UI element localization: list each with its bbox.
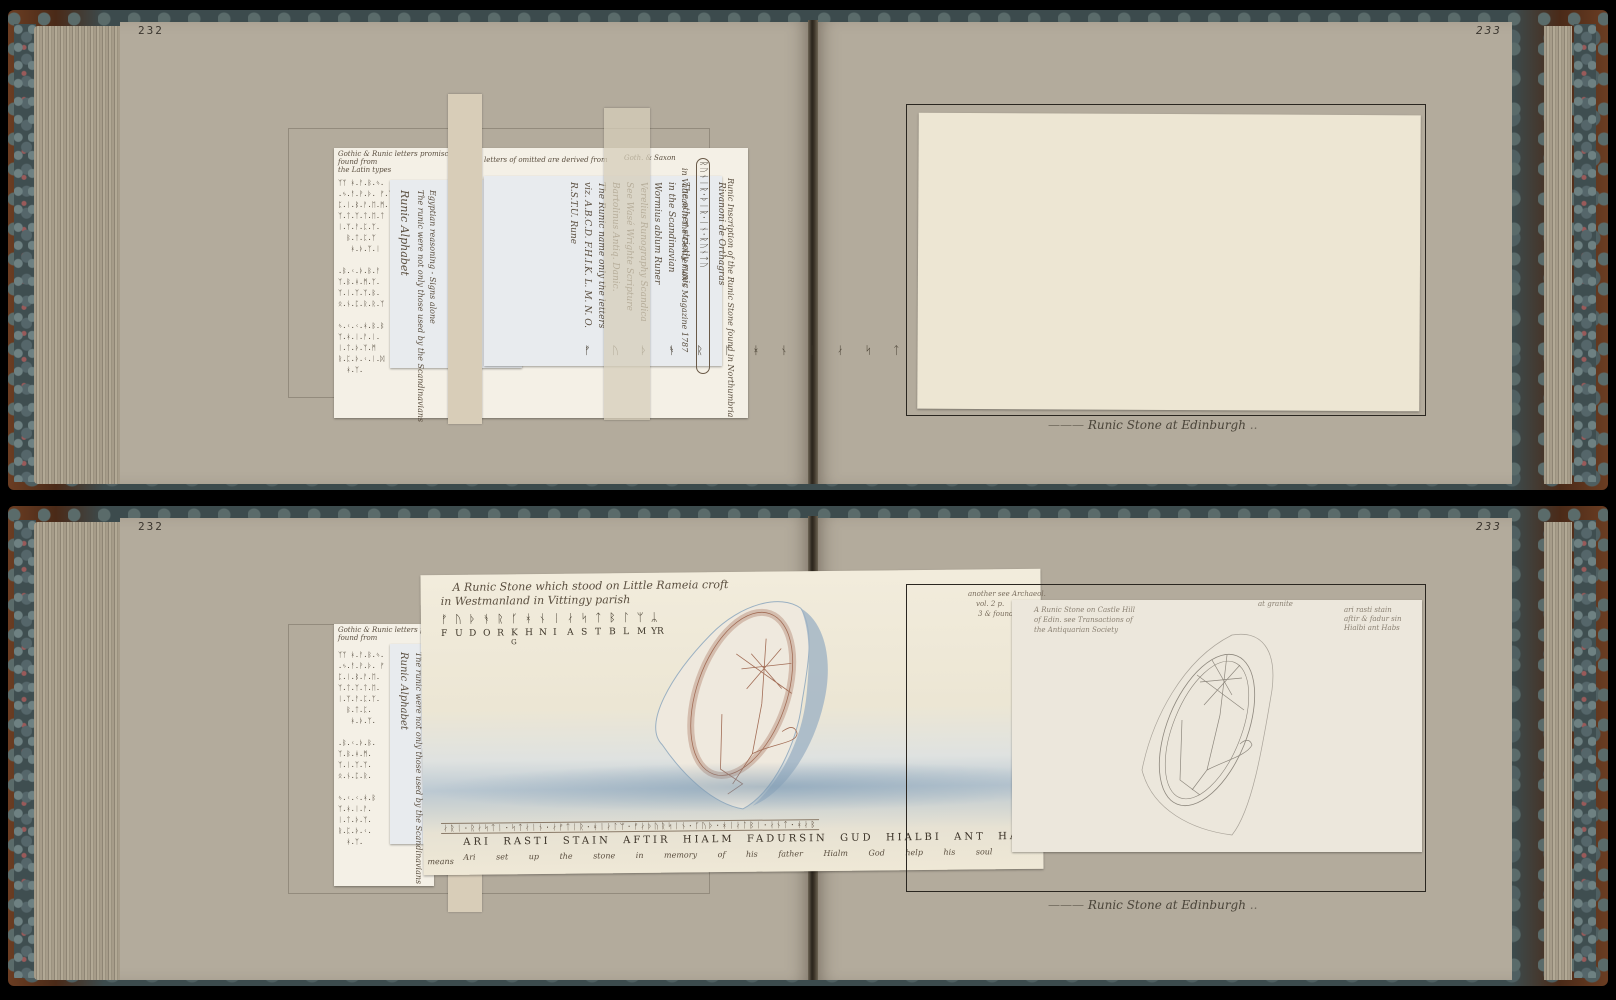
note-line: viz. A.B.C.D. F.H.I.K. L. M. N. O. bbox=[582, 182, 592, 362]
rune-glyph: ᚦ bbox=[469, 613, 483, 626]
side-note: Runic Inscription of the Runic Stone fou… bbox=[726, 178, 735, 398]
inscription-word: FADURSIN bbox=[747, 833, 828, 845]
rune-glyph: ᚠ bbox=[441, 613, 455, 626]
pencil-sketch-runic-stone: A Runic Stone on Castle Hill of Edin. se… bbox=[1012, 600, 1422, 852]
gloss-word: the stone bbox=[559, 851, 615, 861]
sketch-note: ari rasti stain bbox=[1344, 606, 1392, 614]
page-block-left bbox=[34, 26, 126, 484]
page-number-right: 233 bbox=[1476, 24, 1502, 37]
runic-cartouche: ᚱᚢᚾᛁᚱ·ᚦᛁᚱ·ᛁᚾ·ᚱᚢᚾᛏᚢ bbox=[696, 158, 710, 374]
margin-note: vol. 2 p. bbox=[976, 600, 1004, 608]
note-text: Egyptian reasoning - Signs alone bbox=[428, 190, 437, 350]
caption-text: Runic Stone at Edinburgh bbox=[1088, 418, 1246, 432]
note-header: letters of omitted are derived from bbox=[484, 156, 608, 164]
inscription-word: STAIN bbox=[563, 835, 611, 847]
rune-alphabet-table: ᛉᛉ ᚼ.ᚨ.ᛒ.ᛃ. .ᛃ.ᚨ.ᚹ.ᚦ. ᚠ.ᛉ ᛈ.ᛁ.ᛒ.ᚨ.ᛖ.ᛗ. ᛉ… bbox=[338, 178, 393, 376]
note-header: found from bbox=[338, 158, 377, 166]
notes-sheet: Gothic & Runic letters promiscuously fou… bbox=[334, 148, 748, 418]
latin-letter: I bbox=[553, 628, 567, 638]
latin-letter: D bbox=[469, 629, 483, 639]
plate-caption: ——— Runic Stone at Edinburgh .. bbox=[1048, 418, 1257, 432]
margin-note: another see Archaeol. bbox=[968, 590, 1046, 598]
book-gutter bbox=[808, 20, 818, 484]
latin-letter: K bbox=[511, 628, 525, 638]
inscription-word: GUD bbox=[840, 833, 874, 844]
rune-glyph: ᚬ bbox=[483, 612, 497, 625]
rune-alphabet-table: ᛉᛉ ᚼ.ᚨ.ᛒ.ᛃ. .ᛃ.ᚨ.ᚹ.ᚦ. ᚠ ᛈ.ᛁ.ᛒ.ᚨ.ᛖ. ᛉ.ᛏ.ᛉ… bbox=[338, 650, 384, 848]
rune-glyph: ᚼ bbox=[525, 612, 539, 625]
note-line: Wormius ablum Runer bbox=[652, 182, 662, 362]
sketch-note: at granite bbox=[1258, 600, 1293, 608]
latin-letter: N bbox=[539, 628, 553, 638]
gloss-word: in memory of bbox=[636, 850, 726, 860]
note-text: The runic were not only those used by th… bbox=[416, 190, 425, 350]
notes-sheet: Gothic & Runic letters promiscuously fou… bbox=[334, 624, 434, 886]
paper-tape-strip bbox=[448, 94, 482, 424]
rune-inscription-band: ᛅᚱᛁ·ᚱᛅᛋᛏᛁ·ᛋᛏᛅᛁᚾ·ᛅᚠᛏᛁᚱ·ᚼᛁᛅᛚᛘ·ᚠᛅᚦᚢᚱᛋᛁᚾ·ᚴᚢᚦ… bbox=[441, 819, 819, 834]
latin-letter: A bbox=[567, 628, 581, 638]
rune-glyph: ᛋ bbox=[581, 611, 595, 624]
latin-letter: R bbox=[497, 628, 511, 638]
note-line: R.S.T.U. Rune bbox=[568, 182, 578, 362]
note-line: in the Scandinavian bbox=[666, 182, 676, 362]
latin-letter: F bbox=[441, 629, 455, 639]
sketch-title: the Antiquarian Society bbox=[1034, 626, 1118, 634]
latin-subscript: G bbox=[511, 638, 523, 646]
sketch-note: Hialbi ant Habs bbox=[1344, 624, 1400, 632]
note-header: found from bbox=[338, 634, 377, 642]
page-block-right bbox=[1544, 522, 1572, 980]
gloss-word: Ari bbox=[463, 853, 475, 862]
gloss-word: his father Hialm bbox=[746, 849, 848, 859]
translation-label: means bbox=[427, 857, 453, 866]
marbled-endpaper-left bbox=[14, 520, 36, 978]
rune-glyph: ᚢ bbox=[455, 613, 469, 626]
marbled-endpaper-left bbox=[14, 24, 36, 482]
latin-letter: S bbox=[581, 627, 595, 637]
runic-stone-pencil-sketch bbox=[1112, 620, 1312, 840]
page-number-left: 232 bbox=[138, 24, 164, 37]
marbled-endpaper-right bbox=[1574, 520, 1596, 978]
paper-tape-strip bbox=[604, 108, 650, 420]
rune-glyph: ᛅ bbox=[567, 612, 581, 625]
note-title: Runic Alphabet bbox=[398, 190, 411, 360]
latin-letter: H bbox=[525, 628, 539, 638]
rune-glyph: ᚴ bbox=[511, 612, 525, 625]
album-spread-closed: 232 233 Gothic & Runic letters promiscuo… bbox=[8, 10, 1608, 490]
album-spread-opened: 232 233 Gothic & Runic letters promiscuo… bbox=[8, 506, 1608, 986]
caption-text: Runic Stone at Edinburgh bbox=[1088, 898, 1246, 912]
plate-caption: ——— Runic Stone at Edinburgh .. bbox=[1048, 898, 1257, 912]
gloss-word: set up bbox=[496, 852, 539, 861]
page-block-left bbox=[34, 522, 126, 980]
margin-note: 3 & found bbox=[978, 610, 1013, 618]
inscription-word: RASTI bbox=[503, 836, 550, 847]
flap-title: A Runic Stone which stood on Little Rame… bbox=[453, 578, 729, 594]
marbled-endpaper-right bbox=[1574, 24, 1596, 482]
rune-glyph: ᚾ bbox=[539, 612, 553, 625]
page-block-right bbox=[1544, 26, 1572, 484]
latin-letter: U bbox=[455, 629, 469, 639]
page-number-right: 233 bbox=[1476, 520, 1502, 533]
sketch-note: aftir & fadur sin bbox=[1344, 615, 1402, 623]
page-number-left: 232 bbox=[138, 520, 164, 533]
sketch-title: A Runic Stone on Castle Hill bbox=[1034, 606, 1135, 614]
rune-glyph: ᚱ bbox=[497, 612, 511, 625]
inscription-word: AFTIR bbox=[623, 835, 670, 846]
inscription-word: HIALM bbox=[683, 834, 735, 846]
rune-glyph: ᛁ bbox=[553, 612, 567, 625]
latin-letter: O bbox=[483, 628, 497, 638]
note-title: Runic Alphabet bbox=[398, 652, 409, 822]
inscription-word: ARI bbox=[463, 837, 491, 848]
flap-back-blank[interactable] bbox=[917, 113, 1421, 412]
note-header: the Latin types bbox=[338, 166, 391, 174]
note-line: Rivanoni de Orthagras bbox=[716, 182, 726, 362]
side-note: in Vatican in the Gentleman's Magazine 1… bbox=[680, 168, 689, 398]
